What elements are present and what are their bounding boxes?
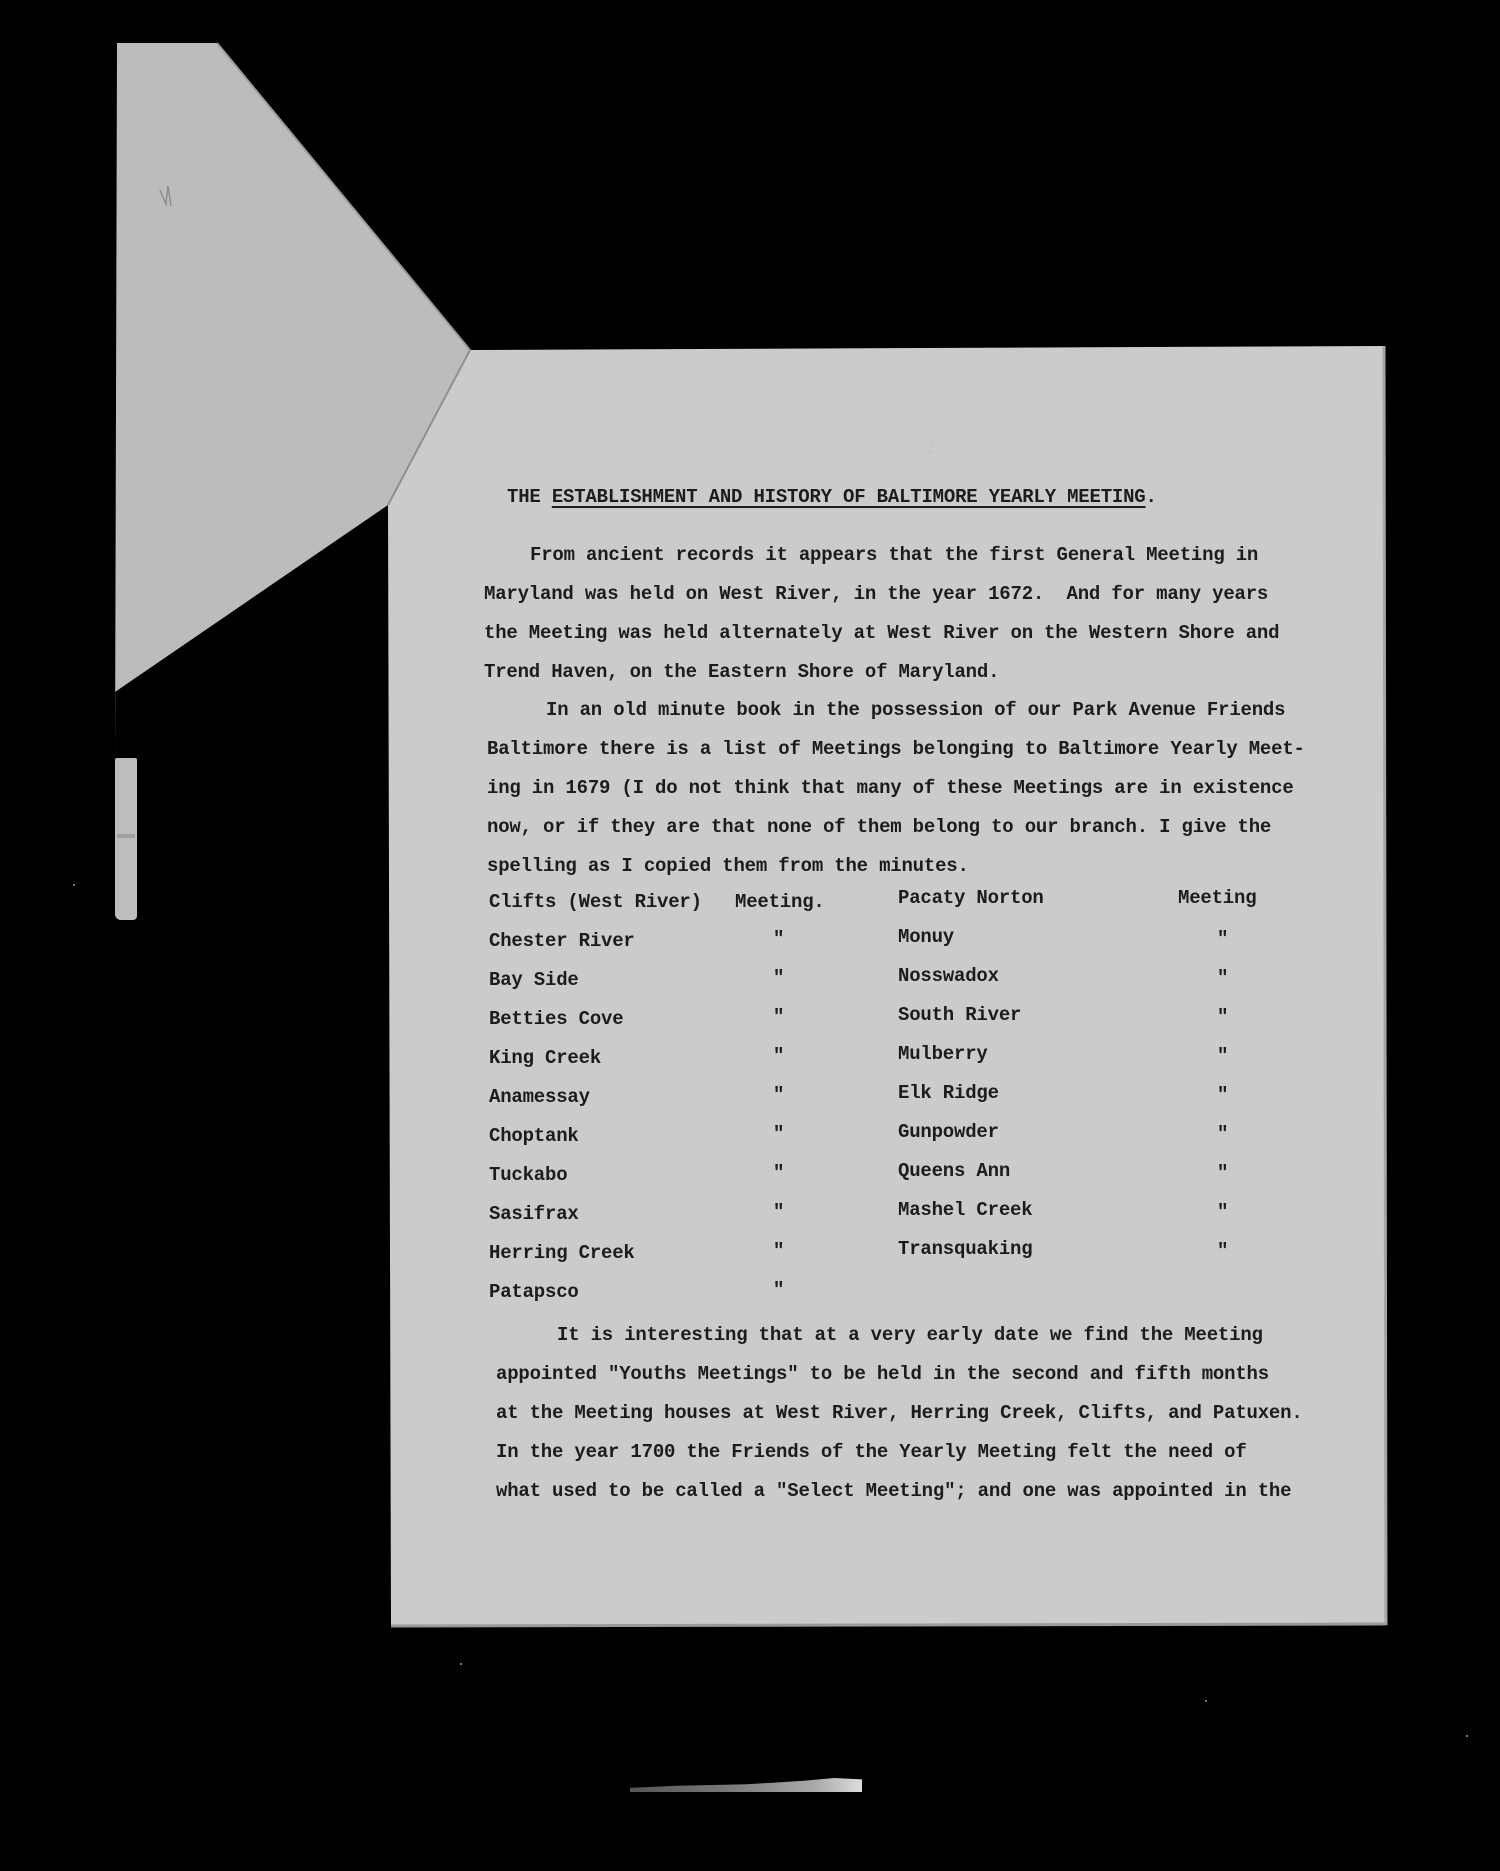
ditto-mark: " — [1217, 1201, 1228, 1223]
meeting-name-right: Pacaty Norton — [898, 887, 1044, 909]
paragraph-line: It is interesting that at a very early d… — [557, 1324, 1263, 1346]
title-prefix: THE — [507, 486, 552, 508]
ditto-mark: " — [1217, 1006, 1228, 1028]
paragraph-line: the Meeting was held alternately at West… — [484, 622, 1279, 644]
ditto-mark: " — [1217, 1123, 1228, 1145]
scan-artifact — [630, 1778, 862, 1792]
paragraph-line: now, or if they are that none of them be… — [487, 816, 1271, 838]
paragraph-line: Baltimore there is a list of Meetings be… — [487, 738, 1305, 760]
ditto-mark: " — [1217, 1162, 1228, 1184]
document-title: THE ESTABLISHMENT AND HISTORY OF BALTIMO… — [507, 486, 1157, 508]
meeting-name-left: Betties Cove — [489, 1008, 623, 1030]
meeting-name-left: Herring Creek — [489, 1242, 635, 1264]
meeting-name-left: Sasifrax — [489, 1203, 579, 1225]
ditto-mark: " — [773, 1162, 784, 1184]
paragraph-line: In an old minute book in the possession … — [546, 699, 1285, 721]
ditto-mark: " — [773, 967, 784, 989]
dust-speck — [1205, 1700, 1207, 1702]
meeting-name-left: Bay Side — [489, 969, 579, 991]
ditto-mark: " — [773, 928, 784, 950]
meeting-name-right: Queens Ann — [898, 1160, 1010, 1182]
paragraph-line: Maryland was held on West River, in the … — [484, 583, 1268, 605]
ditto-mark: " — [773, 1240, 784, 1262]
dust-speck — [460, 1663, 462, 1665]
meeting-name-right: Monuy — [898, 926, 954, 948]
meeting-name-right: South River — [898, 1004, 1021, 1026]
paragraph-line: at the Meeting houses at West River, Her… — [496, 1402, 1303, 1424]
dust-speck — [1466, 1735, 1468, 1737]
ditto-mark: " — [773, 1045, 784, 1067]
ditto-mark: " — [1217, 928, 1228, 950]
paragraph-line: In the year 1700 the Friends of the Year… — [496, 1441, 1247, 1463]
meeting-name-right: Mashel Creek — [898, 1199, 1032, 1221]
ditto-mark: " — [773, 1084, 784, 1106]
meeting-name-right: Transquaking — [898, 1238, 1032, 1260]
ditto-mark: " — [1217, 1084, 1228, 1106]
meeting-name-left: Choptank — [489, 1125, 579, 1147]
ditto-mark: " — [1217, 1240, 1228, 1262]
ditto-mark: " — [773, 1279, 784, 1301]
meeting-name-left: Patapsco — [489, 1281, 579, 1303]
meeting-name-left: Anamessay — [489, 1086, 590, 1108]
paragraph-line: spelling as I copied them from the minut… — [487, 855, 969, 877]
paper-strip — [115, 758, 137, 920]
ditto-mark: " — [1217, 1045, 1228, 1067]
meeting-name-left: Tuckabo — [489, 1164, 567, 1186]
paragraph-line: Trend Haven, on the Eastern Shore of Mar… — [484, 661, 999, 683]
meeting-name-left: Chester River — [489, 930, 635, 952]
paragraph-line: From ancient records it appears that the… — [530, 544, 1258, 566]
meeting-name-right: Elk Ridge — [898, 1082, 999, 1104]
title-underlined: ESTABLISHMENT AND HISTORY OF BALTIMORE Y… — [552, 486, 1146, 508]
ditto-mark: " — [773, 1201, 784, 1223]
ditto-mark: " — [1217, 967, 1228, 989]
meeting-label-right: Meeting — [1178, 887, 1256, 909]
meeting-name-right: Mulberry — [898, 1043, 988, 1065]
meeting-name-left: Clifts (West River) — [489, 891, 702, 913]
ditto-mark: " — [773, 1123, 784, 1145]
paragraph-line: ing in 1679 (I do not think that many of… — [487, 777, 1294, 799]
folded-page-flap — [0, 0, 1500, 1871]
dust-speck — [73, 884, 75, 886]
ditto-mark: " — [773, 1006, 784, 1028]
paragraph-line: what used to be called a "Select Meeting… — [496, 1480, 1291, 1502]
meeting-name-right: Nosswadox — [898, 965, 999, 987]
meeting-name-right: Gunpowder — [898, 1121, 999, 1143]
document-page — [0, 0, 1500, 1871]
meeting-name-left: King Creek — [489, 1047, 601, 1069]
paragraph-line: appointed "Youths Meetings" to be held i… — [496, 1363, 1269, 1385]
meeting-label-left: Meeting. — [735, 891, 825, 913]
title-suffix: . — [1146, 486, 1157, 508]
